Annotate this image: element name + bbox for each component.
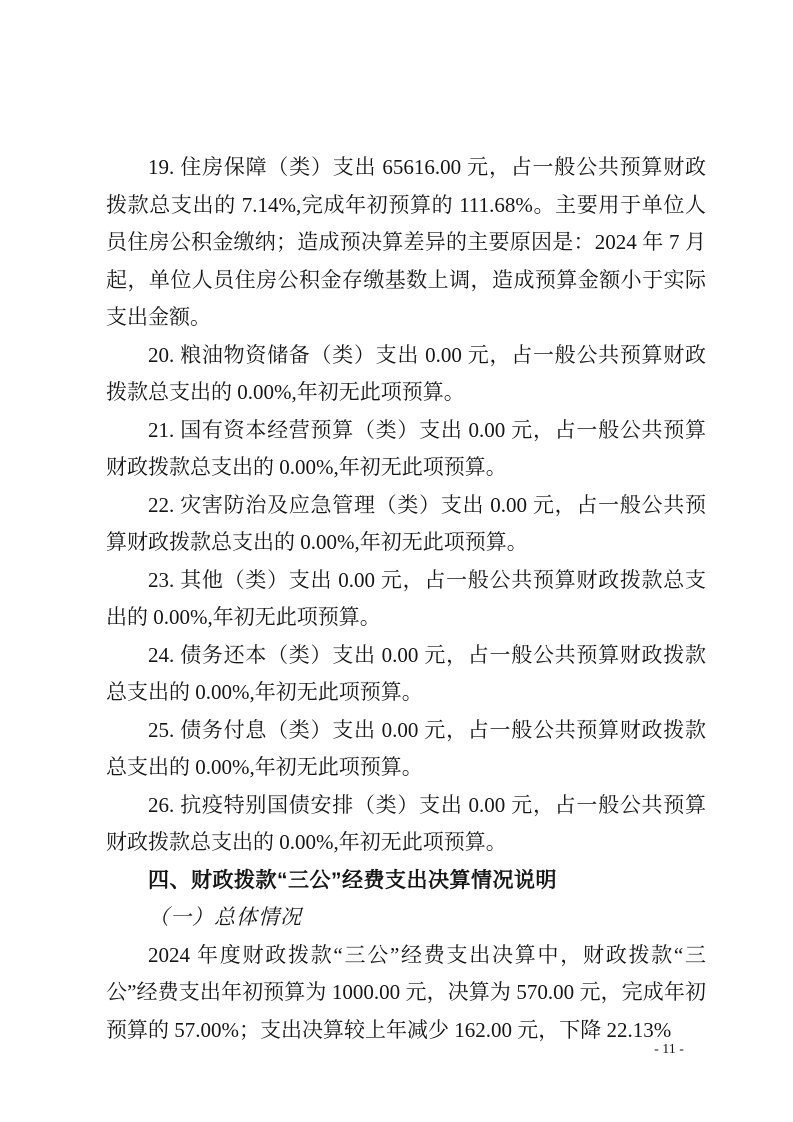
page-number: - 11 - xyxy=(0,1042,793,1058)
paragraph-item-20-grain-reserve: 20. 粮油物资储备（类）支出 0.00 元，占一般公共预算财政拨款总支出的 0… xyxy=(106,337,706,412)
paragraph-item-24-debt-principal: 24. 债务还本（类）支出 0.00 元，占一般公共预算财政拨款总支出的 0.0… xyxy=(106,637,706,712)
subsection-heading-overall-situation: （一）总体情况 xyxy=(106,899,706,937)
paragraph-three-public-funds-2024: 2024 年度财政拨款“三公”经费支出决算中，财政拨款“三公”经费支出年初预算为… xyxy=(106,937,706,1050)
paragraph-item-22-disaster-management: 22. 灾害防治及应急管理（类）支出 0.00 元，占一般公共预算财政拨款总支出… xyxy=(106,487,706,562)
paragraph-item-23-other: 23. 其他（类）支出 0.00 元，占一般公共预算财政拨款总支出的 0.00%… xyxy=(106,562,706,637)
document-page: 19. 住房保障（类）支出 65616.00 元，占一般公共预算财政拨款总支出的… xyxy=(0,0,793,1122)
section-heading-three-public-funds: 四、财政拨款“三公”经费支出决算情况说明 xyxy=(106,862,706,900)
paragraph-item-19-housing-security: 19. 住房保障（类）支出 65616.00 元，占一般公共预算财政拨款总支出的… xyxy=(106,149,706,337)
page-content: 19. 住房保障（类）支出 65616.00 元，占一般公共预算财政拨款总支出的… xyxy=(106,149,706,1049)
paragraph-item-25-debt-interest: 25. 债务付息（类）支出 0.00 元，占一般公共预算财政拨款总支出的 0.0… xyxy=(106,712,706,787)
paragraph-item-21-state-capital: 21. 国有资本经营预算（类）支出 0.00 元，占一般公共预算财政拨款总支出的… xyxy=(106,412,706,487)
paragraph-item-26-covid-bond: 26. 抗疫特别国债安排（类）支出 0.00 元，占一般公共预算财政拨款总支出的… xyxy=(106,787,706,862)
